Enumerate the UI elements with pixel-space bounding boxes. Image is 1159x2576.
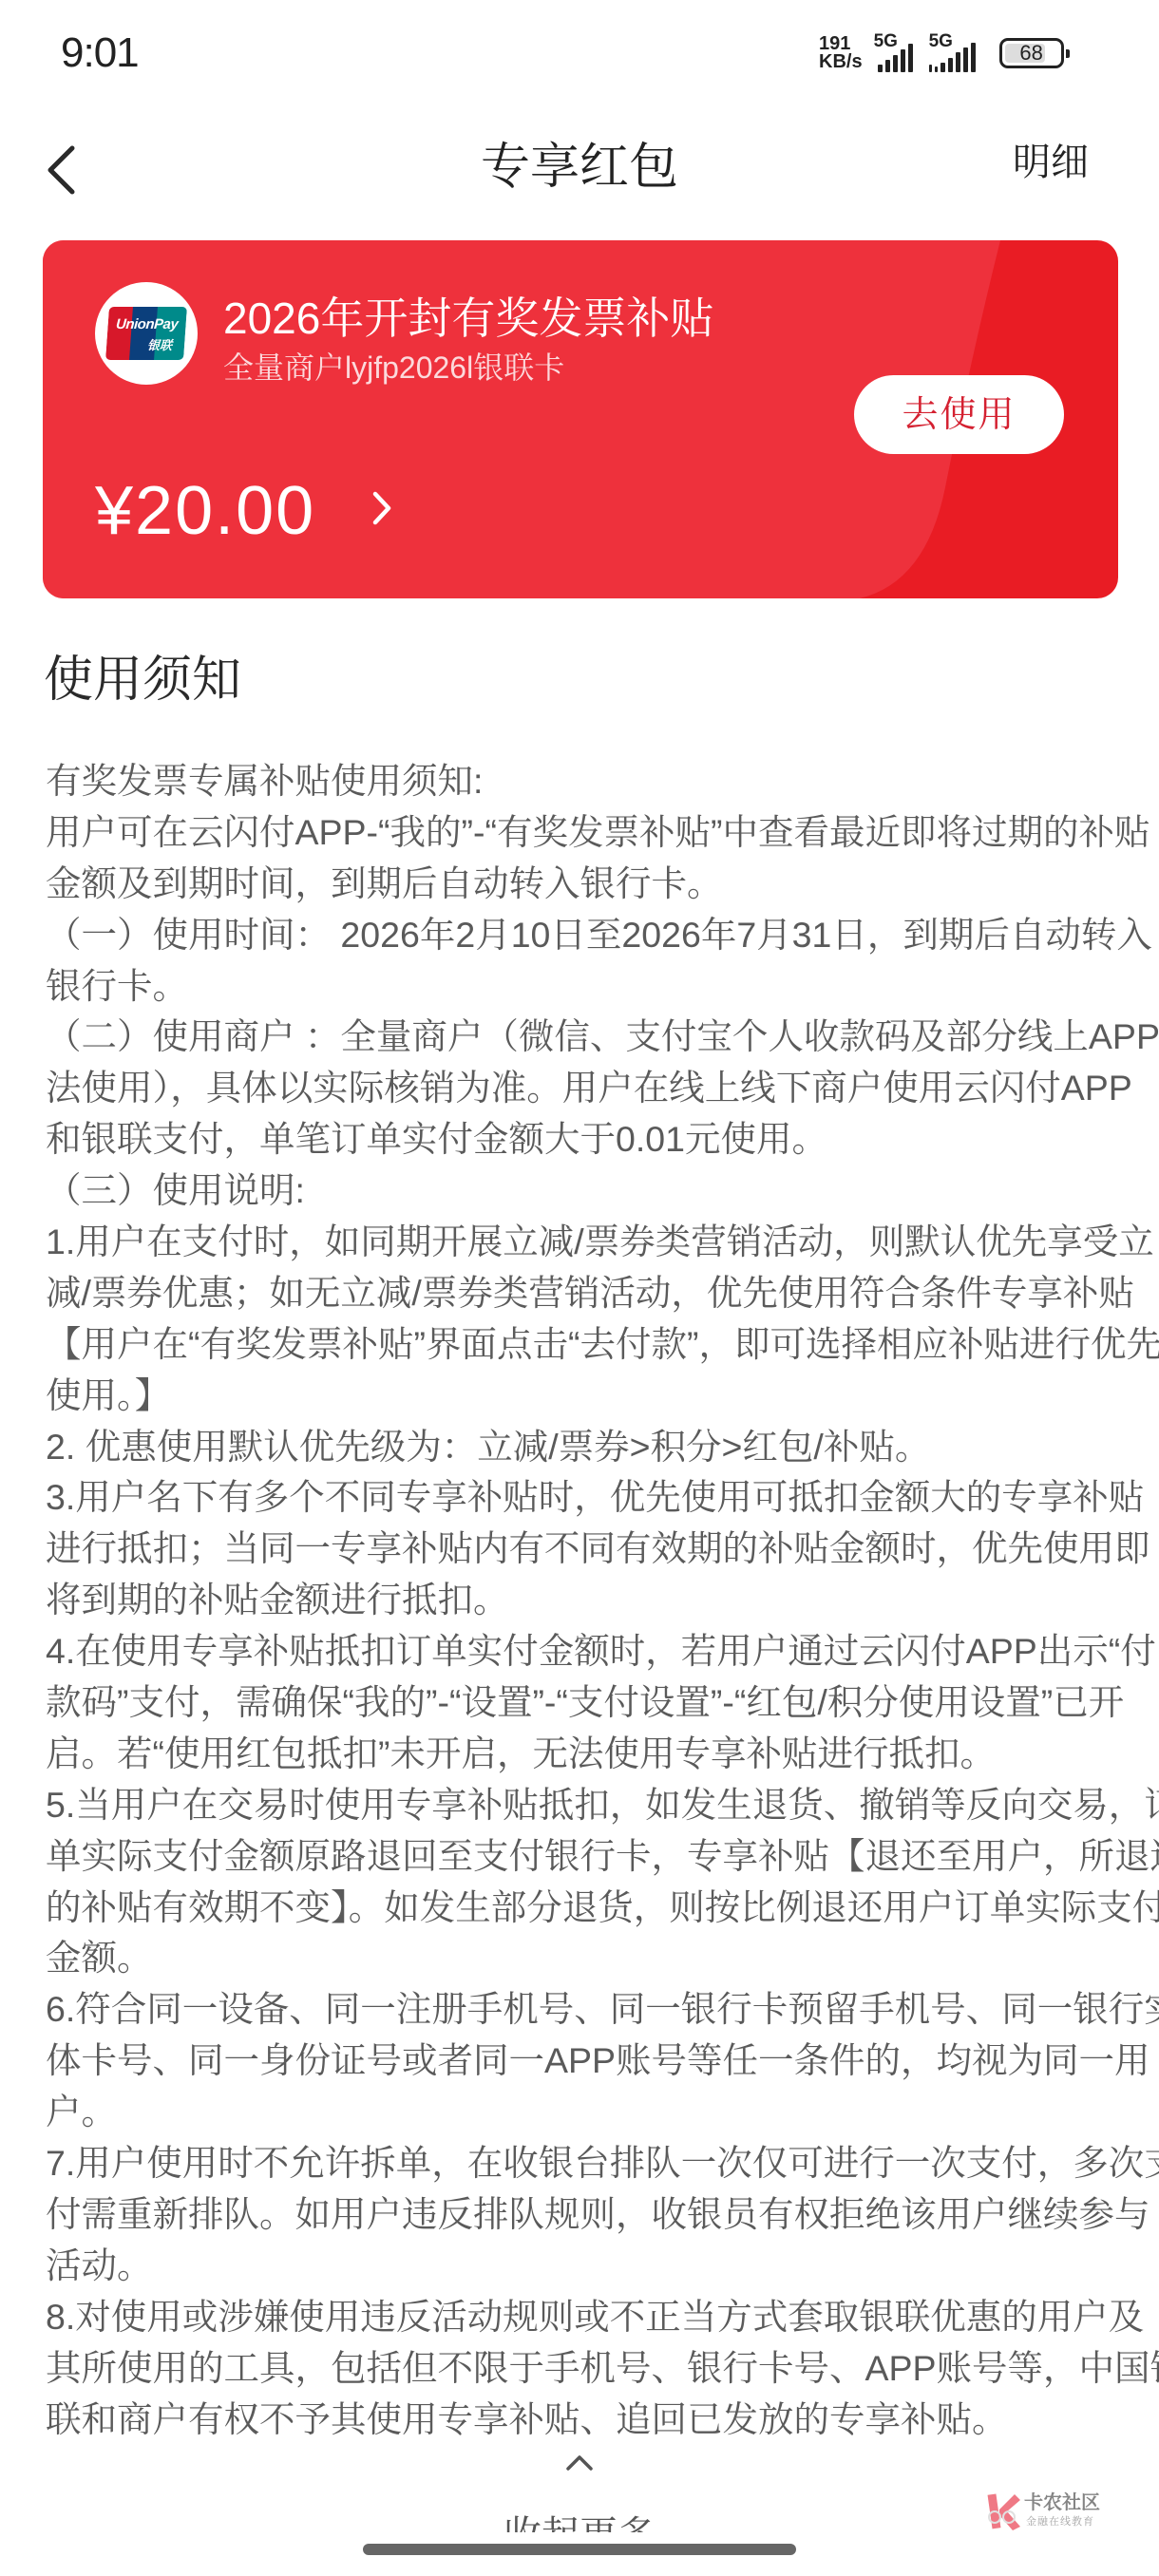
logo-text-en: UnionPay [107, 316, 186, 332]
notice-line: 用户可在云闪付APP-“我的”-“有奖发票补贴”中查看最近即将过期的补贴 [46, 807, 1129, 859]
notice-line: 启。若“使用红包抵扣”未开启，无法使用专享补贴进行抵扣。 [46, 1729, 1129, 1780]
notice-line: 付需重新排队。如用户违反排队规则，收银员有权拒绝该用户继续参与 [46, 2189, 1129, 2241]
unionpay-card-icon: UnionPay 银联 [105, 307, 187, 360]
sim1-label: 5G [874, 32, 898, 50]
use-button[interactable]: 去使用 [854, 375, 1064, 454]
home-indicator[interactable] [363, 2544, 796, 2555]
notice-line: 8.对使用或涉嫌使用违反活动规则或不正当方式套取银联优惠的用户及 [46, 2292, 1129, 2343]
chevron-up-icon [565, 2453, 594, 2472]
battery-icon: 68 [999, 38, 1064, 68]
notice-line: 进行抵扣；当同一专享补贴内有不同有效期的补贴金额时，优先使用即 [46, 1524, 1129, 1575]
red-packet-card[interactable]: UnionPay 银联 2026年开封有奖发票补贴 全量商户lyjfp2026l… [43, 240, 1118, 598]
notice-heading: 使用须知 [44, 646, 241, 714]
notice-line: 1.用户在支付时，如同期开展立减/票券类营销活动，则默认优先享受立 [46, 1217, 1129, 1268]
notice-line: 户。 [46, 2087, 1129, 2138]
notice-line: 2. 优惠使用默认优先级为：立减/票券>积分>红包/补贴。 [46, 1422, 1129, 1473]
notice-line: 6.符合同一设备、同一注册手机号、同一银行卡预留手机号、同一银行实 [46, 1984, 1129, 2036]
notice-line: 【用户在“有奖发票补贴”界面点击“去付款”，即可选择相应补贴进行优先 [46, 1319, 1129, 1371]
battery-level: 68 [1019, 41, 1042, 66]
page-title: 专享红包 [0, 139, 1159, 196]
notice-line: 7.用户使用时不允许拆单，在收银台排队一次仅可进行一次支付，多次支 [46, 2138, 1129, 2189]
watermark-name: 卡农社区 [1024, 2492, 1100, 2513]
amount-detail-link[interactable] [370, 489, 393, 527]
network-speed: 191 KB/s [819, 35, 863, 71]
notice-line: 将到期的补贴金额进行抵扣。 [46, 1575, 1129, 1626]
notice-line: 其所使用的工具，包括但不限于手机号、银行卡号、APP账号等，中国银 [46, 2343, 1129, 2395]
notice-line: 活动。 [46, 2241, 1129, 2292]
logo-text-cn: 银联 [135, 335, 185, 353]
card-title: 2026年开封有奖发票补贴 [223, 290, 713, 347]
notice-line: 有奖发票专属补贴使用须知: [46, 756, 1129, 807]
watermark-tagline: 金融在线教育 [1026, 2515, 1094, 2529]
notice-line: 的补贴有效期不变】。如发生部分退货，则按比例退还用户订单实际支付 [46, 1883, 1129, 1934]
sim2-label: 5G [929, 32, 953, 50]
notice-line: 3.用户名下有多个不同专享补贴时，优先使用可抵扣金额大的专享补贴 [46, 1472, 1129, 1524]
notice-line: 银行卡。 [46, 961, 1129, 1013]
collapse-button[interactable] [565, 2453, 594, 2472]
notice-line: 单实际支付金额原路退回至支付银行卡，专享补贴【退还至用户，所退还 [46, 1831, 1129, 1883]
watermark: 卡农社区 金融在线教育 [986, 2491, 1106, 2530]
signal-icon-sim2: 5G [929, 34, 982, 72]
unionpay-logo: UnionPay 银联 [95, 282, 198, 385]
notice-line: （二）使用商户 ：全量商户（微信、支付宝个人收款码及部分线上APP无 [46, 1012, 1129, 1063]
notice-line: 金额。 [46, 1933, 1129, 1984]
notice-line: （三）使用说明: [46, 1165, 1129, 1217]
notice-line: 4.在使用专享补贴抵扣订单实付金额时，若用户通过云闪付APP出示“付 [46, 1626, 1129, 1677]
collapse-more-label[interactable]: 收起更多 [0, 2511, 1159, 2532]
amount-value[interactable]: ¥20.00 [95, 468, 315, 554]
kanong-logo-icon [986, 2492, 1022, 2530]
notice-line: 使用。】 [46, 1371, 1129, 1422]
notice-line: 5.当用户在交易时使用专享补贴抵扣，如发生退货、撤销等反向交易，订 [46, 1780, 1129, 1831]
status-time: 9:01 [61, 28, 139, 78]
notice-body: 有奖发票专属补贴使用须知: 用户可在云闪付APP-“我的”-“有奖发票补贴”中查… [46, 756, 1129, 2445]
status-icons: 191 KB/s 5G 5G 68 [819, 30, 1064, 76]
notice-line: 款码”支付，需确保“我的”-“设置”-“支付设置”-“红包/积分使用设置”已开 [46, 1677, 1129, 1729]
notice-line: （一）使用时间： 2026年2月10日至2026年7月31日，到期后自动转入 [46, 910, 1129, 961]
notice-line: 金额及到期时间，到期后自动转入银行卡。 [46, 859, 1129, 910]
detail-link[interactable]: 明细 [1013, 136, 1089, 189]
notice-line: 和银联支付，单笔订单实付金额大于0.01元使用。 [46, 1114, 1129, 1165]
chevron-right-icon [370, 489, 393, 527]
network-speed-unit: KB/s [819, 53, 863, 71]
notice-line: 法使用），具体以实际核销为准。用户在线上线下商户使用云闪付APP [46, 1063, 1129, 1114]
signal-icon-sim1: 5G [874, 34, 918, 72]
notice-line: 联和商户有权不予其使用专享补贴、追回已发放的专享补贴。 [46, 2395, 1129, 2446]
notice-line: 体卡号、同一身份证号或者同一APP账号等任一条件的，均视为同一用 [46, 2036, 1129, 2087]
card-subtitle: 全量商户lyjfp2026l银联卡 [223, 349, 564, 387]
notice-line: 减/票券优惠；如无立减/票券类营销活动，优先使用符合条件专享补贴 [46, 1268, 1129, 1319]
